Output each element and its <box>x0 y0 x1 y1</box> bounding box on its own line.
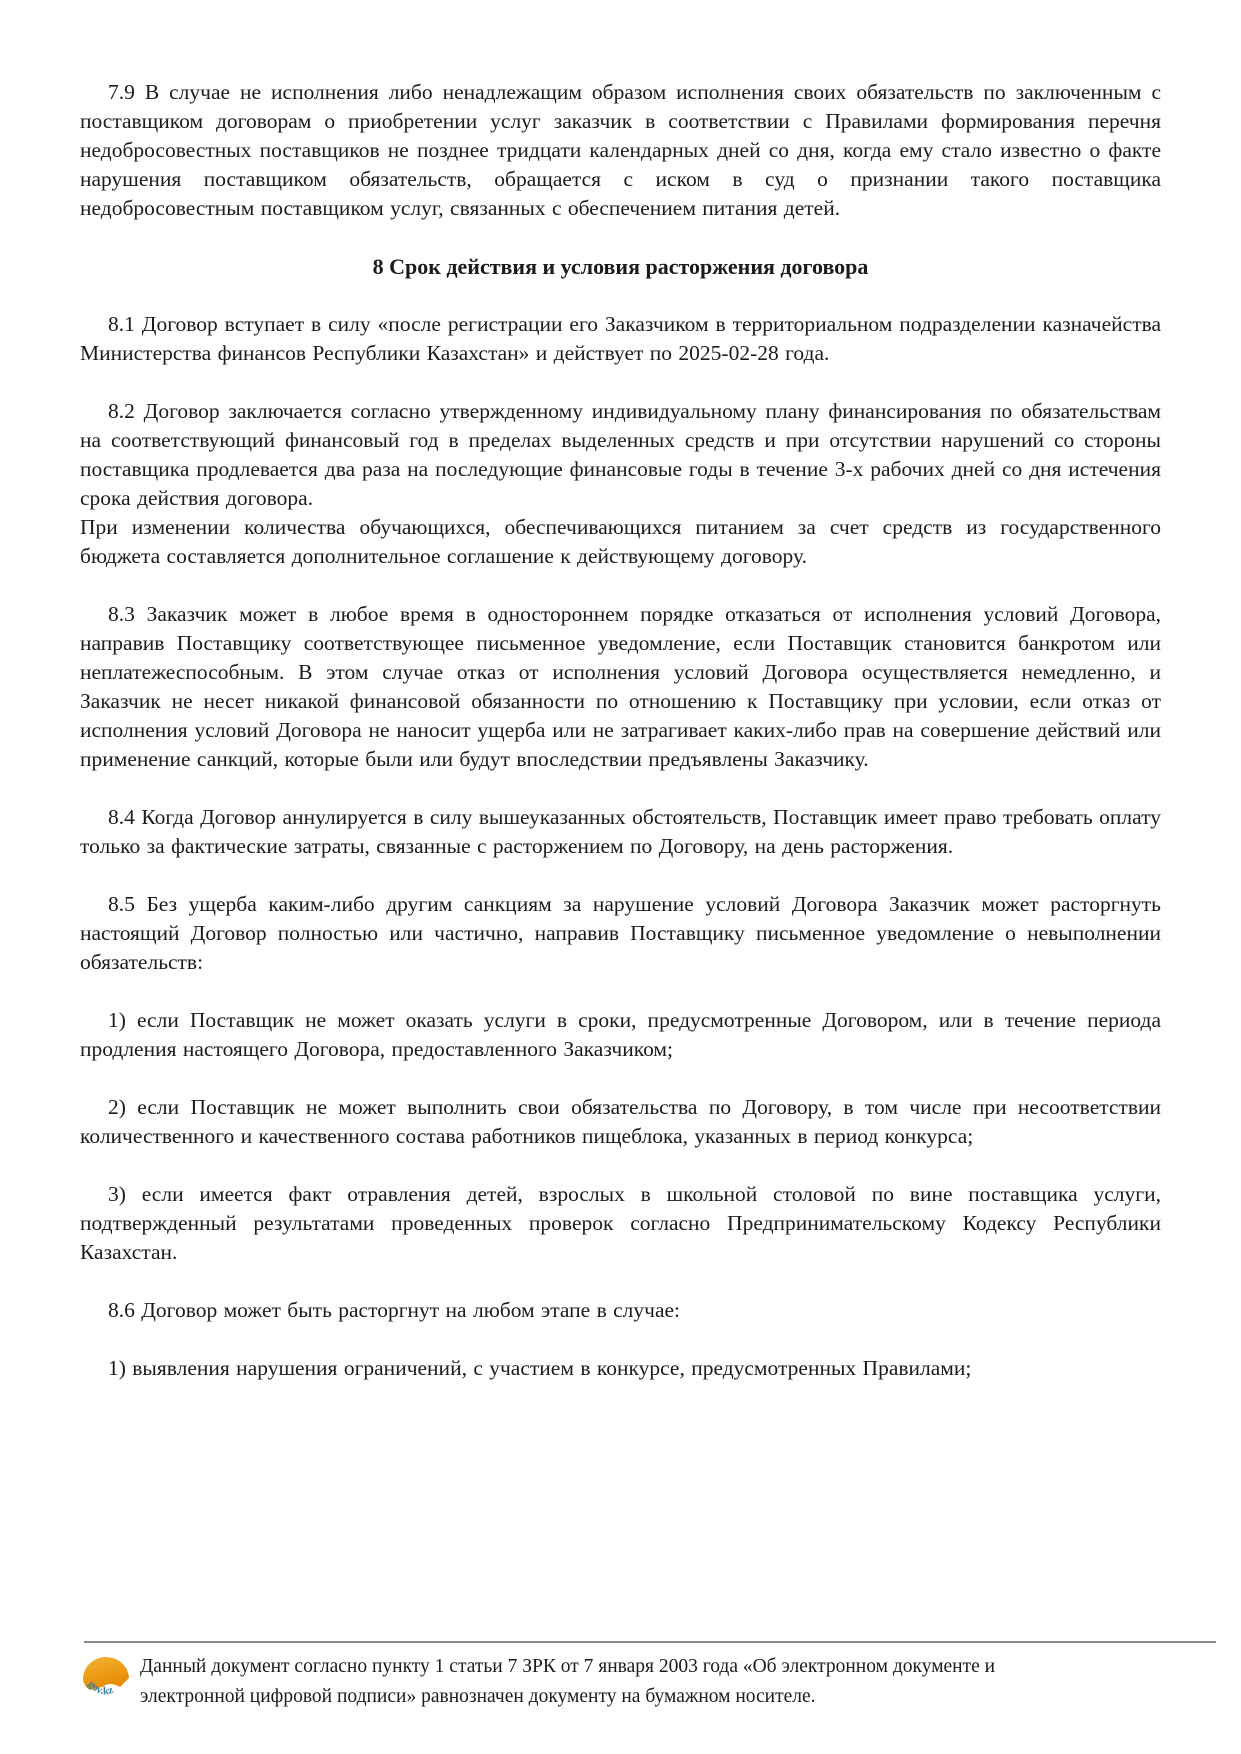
clause-8-5-item-1: 1) если Поставщик не может оказать услуг… <box>80 1006 1161 1064</box>
clause-7-9: 7.9 В случае не исполнения либо ненадлеж… <box>80 78 1161 223</box>
clause-8-3: 8.3 Заказчик может в любое время в однос… <box>80 600 1161 774</box>
egov-logo-icon: gov.kz <box>80 1650 132 1706</box>
clause-8-1: 8.1 Договор вступает в силу «после регис… <box>80 310 1161 368</box>
clause-8-5-item-3: 3) если имеется факт отравления детей, в… <box>80 1180 1161 1267</box>
clause-8-4: 8.4 Когда Договор аннулируется в силу вы… <box>80 803 1161 861</box>
clause-8-2: 8.2 Договор заключается согласно утвержд… <box>80 397 1161 513</box>
clause-8-6-item-1: 1) выявления нарушения ограничений, с уч… <box>80 1354 1161 1383</box>
clause-8-6: 8.6 Договор может быть расторгнут на люб… <box>80 1296 1161 1325</box>
clause-8-2-continuation: При изменении количества обучающихся, об… <box>80 513 1161 571</box>
footer: gov.kz Данный документ согласно пункту 1… <box>0 1641 1241 1712</box>
clause-8-5-item-2: 2) если Поставщик не может выполнить сво… <box>80 1093 1161 1151</box>
footer-legal-notice: Данный документ согласно пункту 1 статьи… <box>140 1652 1055 1712</box>
section-8-heading: 8 Срок действия и условия расторжения до… <box>80 252 1161 281</box>
clause-8-5: 8.5 Без ущерба каким-либо другим санкция… <box>80 890 1161 977</box>
footer-divider <box>84 1641 1216 1643</box>
document-page: 7.9 В случае не исполнения либо ненадлеж… <box>80 78 1161 1412</box>
